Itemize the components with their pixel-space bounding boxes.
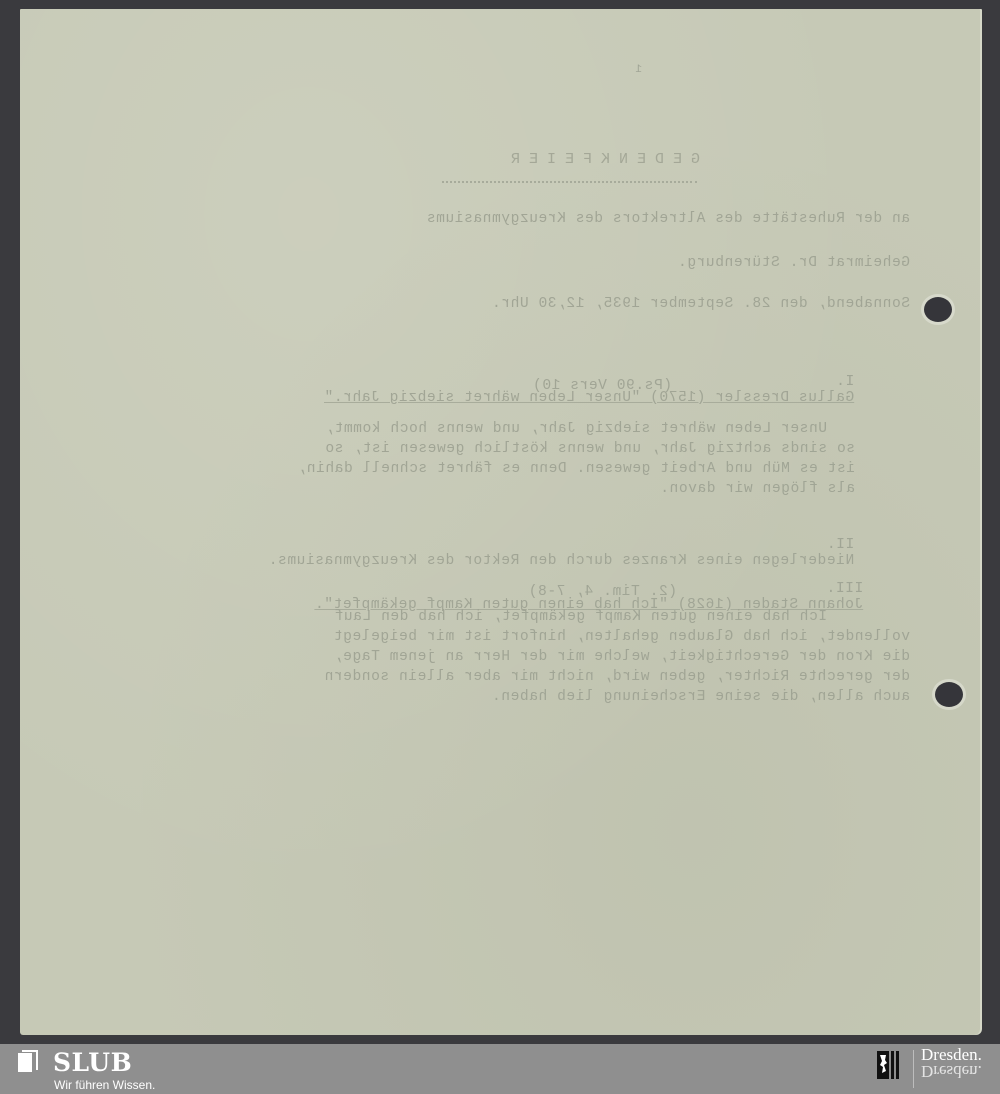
program-item-3-number: III. bbox=[826, 581, 863, 597]
slub-book-logo-icon bbox=[14, 1050, 42, 1074]
program-item-1-text-2: so sinds achtzig Jahr, und wenns köstlic… bbox=[325, 441, 855, 457]
footer-bar: SLUB Wir führen Wissen. Dresden. Dresden… bbox=[0, 1044, 1000, 1094]
program-item-3-text-4: der gerechte Richter, geben wird, nicht … bbox=[324, 669, 910, 685]
program-item-3-reference: (2. Tim. 4, 7-8) bbox=[528, 584, 677, 600]
dresden-logo-text[interactable]: Dresden. Dresden. bbox=[921, 1047, 982, 1079]
program-item-1-reference: (Ps.90 Vers 10) bbox=[532, 378, 672, 394]
page-mark: 1 bbox=[635, 64, 642, 76]
program-item-2-number: II. bbox=[826, 537, 854, 553]
program-item-1-text-4: als flögen wir davon. bbox=[660, 481, 855, 497]
document-title: GEDENKFEIER bbox=[502, 151, 700, 168]
program-item-1-number: I. bbox=[836, 374, 855, 390]
slub-tagline: Wir führen Wissen. bbox=[54, 1078, 155, 1092]
dresden-wordmark-reflection: Dresden. bbox=[921, 1063, 982, 1079]
program-item-1-text-1: Unser Leben währet siebzig Jahr, und wen… bbox=[325, 421, 827, 437]
dresden-coat-of-arms-icon bbox=[877, 1051, 903, 1081]
subtitle-line-3: Sonnabend, den 28. September 1935, 12,30… bbox=[491, 296, 910, 312]
title-underline bbox=[442, 181, 697, 183]
subtitle-line-2: Geheimrat Dr. Stürenburg. bbox=[677, 255, 910, 271]
document-page: 1 GEDENKFEIER an der Ruhestätte des Altr… bbox=[20, 9, 982, 1035]
footer-divider bbox=[913, 1050, 914, 1088]
program-item-3-text-3: die Kron der Gerechtigkeit, welche mir d… bbox=[333, 649, 910, 665]
program-item-1-text-3: ist es Müh und Arbeit gewesen. Denn es f… bbox=[297, 461, 855, 477]
mirrored-show-through-text: 1 GEDENKFEIER an der Ruhestätte des Altr… bbox=[20, 9, 982, 1035]
program-item-3-text-5: auch allen, die seine Erscheinung lieb h… bbox=[491, 689, 910, 705]
subtitle-line-1: an der Ruhestätte des Altrektors des Kre… bbox=[426, 211, 910, 227]
slub-brand[interactable]: SLUB bbox=[53, 1048, 132, 1077]
program-item-3-text-2: vollendet, ich hab Glauben gehalten, hin… bbox=[333, 629, 910, 645]
program-item-3-text-1: Ich hab einen guten Kampf gekämpfet, ich… bbox=[334, 609, 827, 625]
